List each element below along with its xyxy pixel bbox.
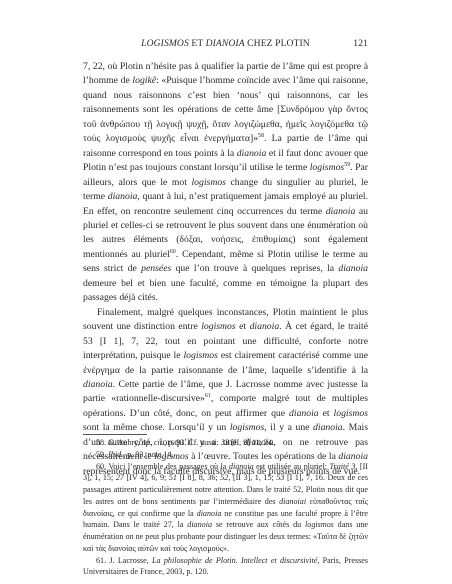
title-part-chez-plotin: CHEZ PLOTIN <box>245 38 310 49</box>
text-run: sont la même chose. Lorsqu’il y un <box>83 422 230 433</box>
footnote-separator <box>83 434 147 435</box>
text-run: et <box>319 408 334 419</box>
italic-term: dianoiai <box>279 497 306 506</box>
italic-term: 33 <box>221 438 229 447</box>
title-part-dianoia: DIANOIA <box>206 38 245 49</box>
italic-term: Traité 3 <box>330 462 356 471</box>
italic-term: logismos <box>191 177 225 188</box>
footnote-60: 60. Voici l’ensemble des passages où la … <box>83 461 368 555</box>
text-run: que l’on trouve à quelques reprises, la <box>171 263 338 274</box>
italic-term: dianoia <box>237 148 267 159</box>
footnotes: 58. G. Aubry, op. cit., p. 93. Cf. aussi… <box>83 437 368 578</box>
italic-term: dianoia <box>289 408 319 419</box>
text-run: 59. <box>96 450 108 459</box>
text-run: se retrouve aux côtés du <box>212 520 305 529</box>
footnote-58: 58. G. Aubry, op. cit., p. 93. Cf. aussi… <box>83 437 368 449</box>
text-run: 60. Voici l’ensemble des passages où la <box>96 462 229 471</box>
text-run: , p. 93, note 14. <box>123 450 173 459</box>
italic-term: La philosophie de Plotin. Intellect et d… <box>152 556 317 565</box>
italic-term: logismos <box>201 321 235 332</box>
text-run: et <box>236 321 250 332</box>
italic-term: 27 <box>116 473 124 482</box>
italic-term: logismos <box>334 408 368 419</box>
text-run: , il y a une <box>264 422 313 433</box>
italic-term: Ibid. <box>108 450 123 459</box>
italic-term: dianoia <box>250 321 280 332</box>
italic-term: dianoia <box>187 520 212 529</box>
text-run: est utilisée au pluriel: <box>254 462 330 471</box>
italic-term: dianoia <box>83 379 113 390</box>
footnote-59: 59. Ibid., p. 93, note 14. <box>83 449 368 461</box>
italic-term: logismos <box>305 520 334 529</box>
text-run: [II, 9] 11, 24. <box>229 438 274 447</box>
italic-term: dianoia <box>108 191 138 202</box>
text-run: 61. J. Lacrosse, <box>96 556 152 565</box>
running-header: LOGISMOS ET DIANOIA CHEZ PLOTIN 121 <box>83 38 368 52</box>
italic-term: logismos <box>183 350 217 361</box>
italic-term: 51 <box>169 473 177 482</box>
title-part-logismos: LOGISMOS <box>141 38 189 49</box>
running-title: LOGISMOS ET DIANOIA CHEZ PLOTIN <box>83 38 368 49</box>
italic-term: pensées <box>141 263 171 274</box>
text-run: 58. G. Aubry, <box>96 438 142 447</box>
italic-term: dianoia <box>326 206 356 217</box>
italic-term: logismos <box>310 162 344 173</box>
footnote-61: 61. J. Lacrosse, La philosophie de Ploti… <box>83 555 368 579</box>
page-number: 121 <box>353 38 368 49</box>
italic-term: op. cit. <box>142 438 164 447</box>
italic-term: dianoia <box>197 509 222 518</box>
text-run: [I 8], 8, 36; <box>177 473 220 482</box>
text-run: demeure bel et bien une faculté, comme e… <box>83 278 368 303</box>
main-text: 7, 22, où Plotin n’hésite pas à qualifie… <box>83 60 368 479</box>
text-run: [IV 4], 6, 9; <box>124 473 169 482</box>
italic-term: dianoia <box>338 263 368 274</box>
italic-term: logismos <box>230 422 264 433</box>
italic-term: logikê <box>132 75 156 86</box>
italic-term: dianoia <box>313 422 343 433</box>
text-run: , [II 3], 1, 15; <box>228 473 276 482</box>
italic-term: dianoia <box>229 462 254 471</box>
text-run: , p. 93. Cf. aussi: <box>164 438 221 447</box>
title-part-et: ET <box>189 38 206 49</box>
paragraph: 7, 22, où Plotin n’hésite pas à qualifie… <box>83 60 368 306</box>
